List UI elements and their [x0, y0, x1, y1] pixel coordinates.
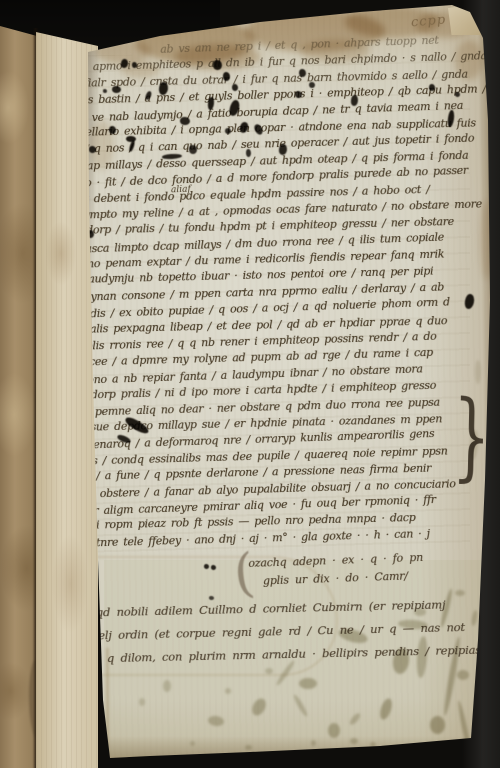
postscript-block: ppo qd nobili adilem Cuillmo d cornliet …	[68, 593, 471, 671]
chancery-note-block: ozachq adepn · ex · q · fo pngplis ur di…	[248, 548, 459, 590]
main-text-block: ab vs am ne rep i / et q , pon · ahpars …	[64, 33, 480, 552]
left-parchment-edge	[0, 0, 37, 768]
interlinear-insertion: aliaf	[171, 185, 191, 196]
manuscript-photo: ccpp ab vs am ne rep i / et q , pon · ah…	[0, 0, 500, 768]
folio-number: ccpp	[410, 12, 446, 30]
